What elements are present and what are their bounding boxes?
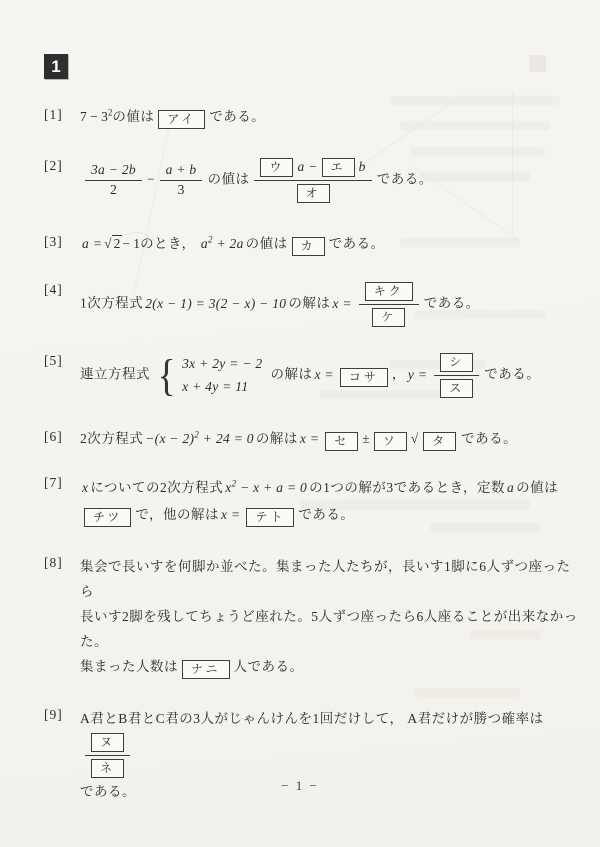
problem-number: [7] xyxy=(44,474,80,491)
answer-fraction: ヌネ xyxy=(85,732,130,779)
problem-number: [5] xyxy=(44,352,80,369)
math-expression: y = xyxy=(408,367,427,382)
problem-text: である。 xyxy=(461,431,517,446)
fraction-denominator: ケ xyxy=(359,304,419,328)
equation-1: 3x + 2y = − 2 xyxy=(182,353,262,375)
radical-sign: √ xyxy=(411,431,418,446)
fraction-numerator: キク xyxy=(359,281,419,304)
answer-fraction: ウa −エbオ xyxy=(254,157,371,204)
math-expression: a − xyxy=(297,159,317,174)
problem-text: である。 xyxy=(209,109,265,124)
problem-number: [4] xyxy=(44,281,80,298)
problem-text: の解は xyxy=(270,367,312,382)
fraction: a + b3 xyxy=(160,163,203,198)
problem-text: 集まった人数は xyxy=(80,659,178,674)
math-expression: 7 − 3 xyxy=(80,109,108,124)
square-root: √2 xyxy=(104,235,122,251)
fraction-denominator: オ xyxy=(254,180,371,204)
fraction-denominator: 2 xyxy=(85,180,142,198)
problem-text: の1つの解が3であるとき，定数 xyxy=(309,480,505,495)
problem-2: [2] 3a − 2b2−a + b3の値はウa −エbオである。 xyxy=(44,157,578,204)
problem-line: xについての2次方程式x2 − x + a = 0の1つの解が3であるとき，定数… xyxy=(80,474,578,501)
problem-8: [8] 集会で長いすを何脚か並べた。集まった人たちが，長いす1脚に6人ずつ座った… xyxy=(44,554,578,679)
fraction-numerator: ウa −エb xyxy=(254,157,371,180)
math-expression: 2(x − 1) = 3(2 − x) − 10 xyxy=(145,296,286,311)
problem-3: [3] a =√2− 1のとき， a2 + 2aの値はカである。 xyxy=(44,233,578,256)
problem-body: 集会で長いすを何脚か並べた。集まった人たちが，長いす1脚に6人ずつ座ったら 長い… xyxy=(80,554,578,679)
problem-body: 3a − 2b2−a + b3の値はウa −エbオである。 xyxy=(80,157,578,204)
fraction-denominator: 3 xyxy=(160,180,203,198)
problem-text: である。 xyxy=(484,367,540,382)
problem-list: [1] 7 − 32の値はアイである。 [2] 3a − 2b2−a + b3の… xyxy=(44,98,578,805)
math-expression: x = xyxy=(314,367,333,382)
answer-box: カ xyxy=(292,237,325,256)
problem-text: の値は xyxy=(246,236,288,251)
radicand: 2 xyxy=(112,235,123,251)
problem-4: [4] 1次方程式2(x − 1) = 3(2 − x) − 10の解はx =キ… xyxy=(44,281,578,328)
problem-text: である。 xyxy=(329,236,385,251)
fraction-denominator: ス xyxy=(434,375,479,399)
answer-box: アイ xyxy=(158,110,205,129)
math-expression: x2 − x + a = 0 xyxy=(225,480,307,495)
problem-text: の解は xyxy=(256,431,298,446)
problem-text: の値は xyxy=(207,172,249,187)
answer-fraction: シス xyxy=(434,352,479,399)
problem-number: [9] xyxy=(44,706,80,723)
problem-number: [1] xyxy=(44,106,80,123)
problem-text: 連立方程式 xyxy=(80,367,150,382)
equation-2: x + 4y = 11 xyxy=(182,376,262,398)
fraction-numerator: ヌ xyxy=(85,732,130,755)
brace: { xyxy=(158,354,176,398)
problem-6: [6] 2次方程式−(x − 2)2 + 24 = 0の解はx =セ±ソ√タであ… xyxy=(44,428,578,451)
answer-box: ネ xyxy=(91,759,124,778)
answer-box: オ xyxy=(297,184,330,203)
problem-line: 集まった人数はナニ人である。 xyxy=(80,654,578,679)
answer-box: テト xyxy=(246,508,294,527)
answer-box: ス xyxy=(440,379,473,398)
answer-box: エ xyxy=(322,158,355,177)
problem-line: チツで，他の解はx =テトである。 xyxy=(80,501,578,528)
math-expression: b xyxy=(359,159,366,174)
math-variable: x xyxy=(82,480,88,495)
fraction: 3a − 2b2 xyxy=(85,163,142,198)
fraction-numerator: a + b xyxy=(162,163,201,180)
answer-box: ヌ xyxy=(91,733,124,752)
problem-text: 1次方程式 xyxy=(80,296,143,311)
answer-box: ソ xyxy=(374,432,407,451)
problem-text: についての2次方程式 xyxy=(90,480,223,495)
math-expression: x = xyxy=(221,507,240,522)
problem-body: 2次方程式−(x − 2)2 + 24 = 0の解はx =セ±ソ√タである。 xyxy=(80,428,578,451)
exam-page: 1 [1] 7 − 32の値はアイである。 [2] 3a − 2b2−a + b… xyxy=(0,0,600,847)
exponent: 2 xyxy=(194,430,199,440)
problem-number: [6] xyxy=(44,428,80,445)
answer-box: チツ xyxy=(84,508,131,527)
problem-number: [8] xyxy=(44,554,80,571)
answer-box: シ xyxy=(440,353,473,372)
problem-text: のとき， xyxy=(140,236,195,251)
section-number: 1 xyxy=(51,57,60,77)
problem-1: [1] 7 − 32の値はアイである。 xyxy=(44,106,578,129)
problem-body: 1次方程式2(x − 1) = 3(2 − x) − 10の解はx =キクケであ… xyxy=(80,281,578,328)
answer-box: コサ xyxy=(340,368,388,387)
problem-text: 人である。 xyxy=(234,659,304,674)
problem-7: [7] xについての2次方程式x2 − x + a = 0の1つの解が3であると… xyxy=(44,474,578,528)
radicand: タ xyxy=(418,431,461,446)
math-expression: a2 + 2a xyxy=(201,236,244,251)
problem-line: A君とB君とC君の3人がじゃんけんを1回だけして， A君だけが勝つ確率はヌネ xyxy=(80,706,578,779)
plus-minus-operator: ± xyxy=(362,431,369,446)
problem-body: a =√2− 1のとき， a2 + 2aの値はカである。 xyxy=(80,233,578,256)
problem-text: の値は xyxy=(112,109,154,124)
answer-box: ウ xyxy=(260,158,293,177)
fraction-numerator: シ xyxy=(434,352,479,375)
equation-system: {3x + 2y = − 2x + 4y = 11 xyxy=(156,353,264,398)
problem-text: 2次方程式 xyxy=(80,431,143,446)
fraction-numerator: 3a − 2b xyxy=(87,163,140,180)
fraction-denominator: ネ xyxy=(85,755,130,779)
problem-body: 7 − 32の値はアイである。 xyxy=(80,106,578,129)
exponent: 2 xyxy=(232,479,237,489)
problem-number: [3] xyxy=(44,233,80,250)
answer-box: ナニ xyxy=(182,660,230,679)
answer-fraction: キクケ xyxy=(359,281,419,328)
square-root: √タ xyxy=(411,431,461,446)
answer-box: タ xyxy=(423,432,456,451)
problem-text: A君とB君とC君の3人がじゃんけんを1回だけして， A君だけが勝つ確率は xyxy=(80,711,544,726)
math-variable: a xyxy=(507,480,514,495)
math-expression: x = xyxy=(332,296,351,311)
page-number: − 1 − xyxy=(0,778,600,794)
radical-sign: √ xyxy=(104,236,111,251)
section-number-box: 1 xyxy=(44,54,68,79)
problem-text: である。 xyxy=(424,296,480,311)
math-expression: x = xyxy=(300,431,319,446)
math-expression: − 1 xyxy=(122,236,140,251)
problem-line: 集会で長いすを何脚か並べた。集まった人たちが，長いす1脚に6人ずつ座ったら xyxy=(80,554,578,604)
answer-box: ケ xyxy=(372,308,405,327)
minus-operator: − xyxy=(147,172,155,187)
problem-5: [5] 連立方程式{3x + 2y = − 2x + 4y = 11の解はx =… xyxy=(44,352,578,399)
problem-text: である。 xyxy=(298,507,354,522)
problem-line: 長いす2脚を残してちょうど座れた。5人ずつ座ったら6人座ることが出来なかった。 xyxy=(80,604,578,654)
problem-number: [2] xyxy=(44,157,80,174)
bleedthrough-box xyxy=(529,55,546,72)
answer-box: セ xyxy=(325,432,358,451)
answer-box: キク xyxy=(365,282,413,301)
problem-text: の解は xyxy=(288,296,330,311)
exponent: 2 xyxy=(208,235,213,245)
problem-body: xについての2次方程式x2 − x + a = 0の1つの解が3であるとき，定数… xyxy=(80,474,578,528)
math-expression: −(x − 2)2 + 24 = 0 xyxy=(145,431,254,446)
problem-body: 連立方程式{3x + 2y = − 2x + 4y = 11の解はx =コサ，y… xyxy=(80,352,578,399)
problem-text: で，他の解は xyxy=(135,507,219,522)
comma: ， xyxy=(392,367,406,382)
math-expression: a = xyxy=(82,236,102,251)
problem-text: である。 xyxy=(377,172,433,187)
problem-text: の値は xyxy=(516,480,558,495)
